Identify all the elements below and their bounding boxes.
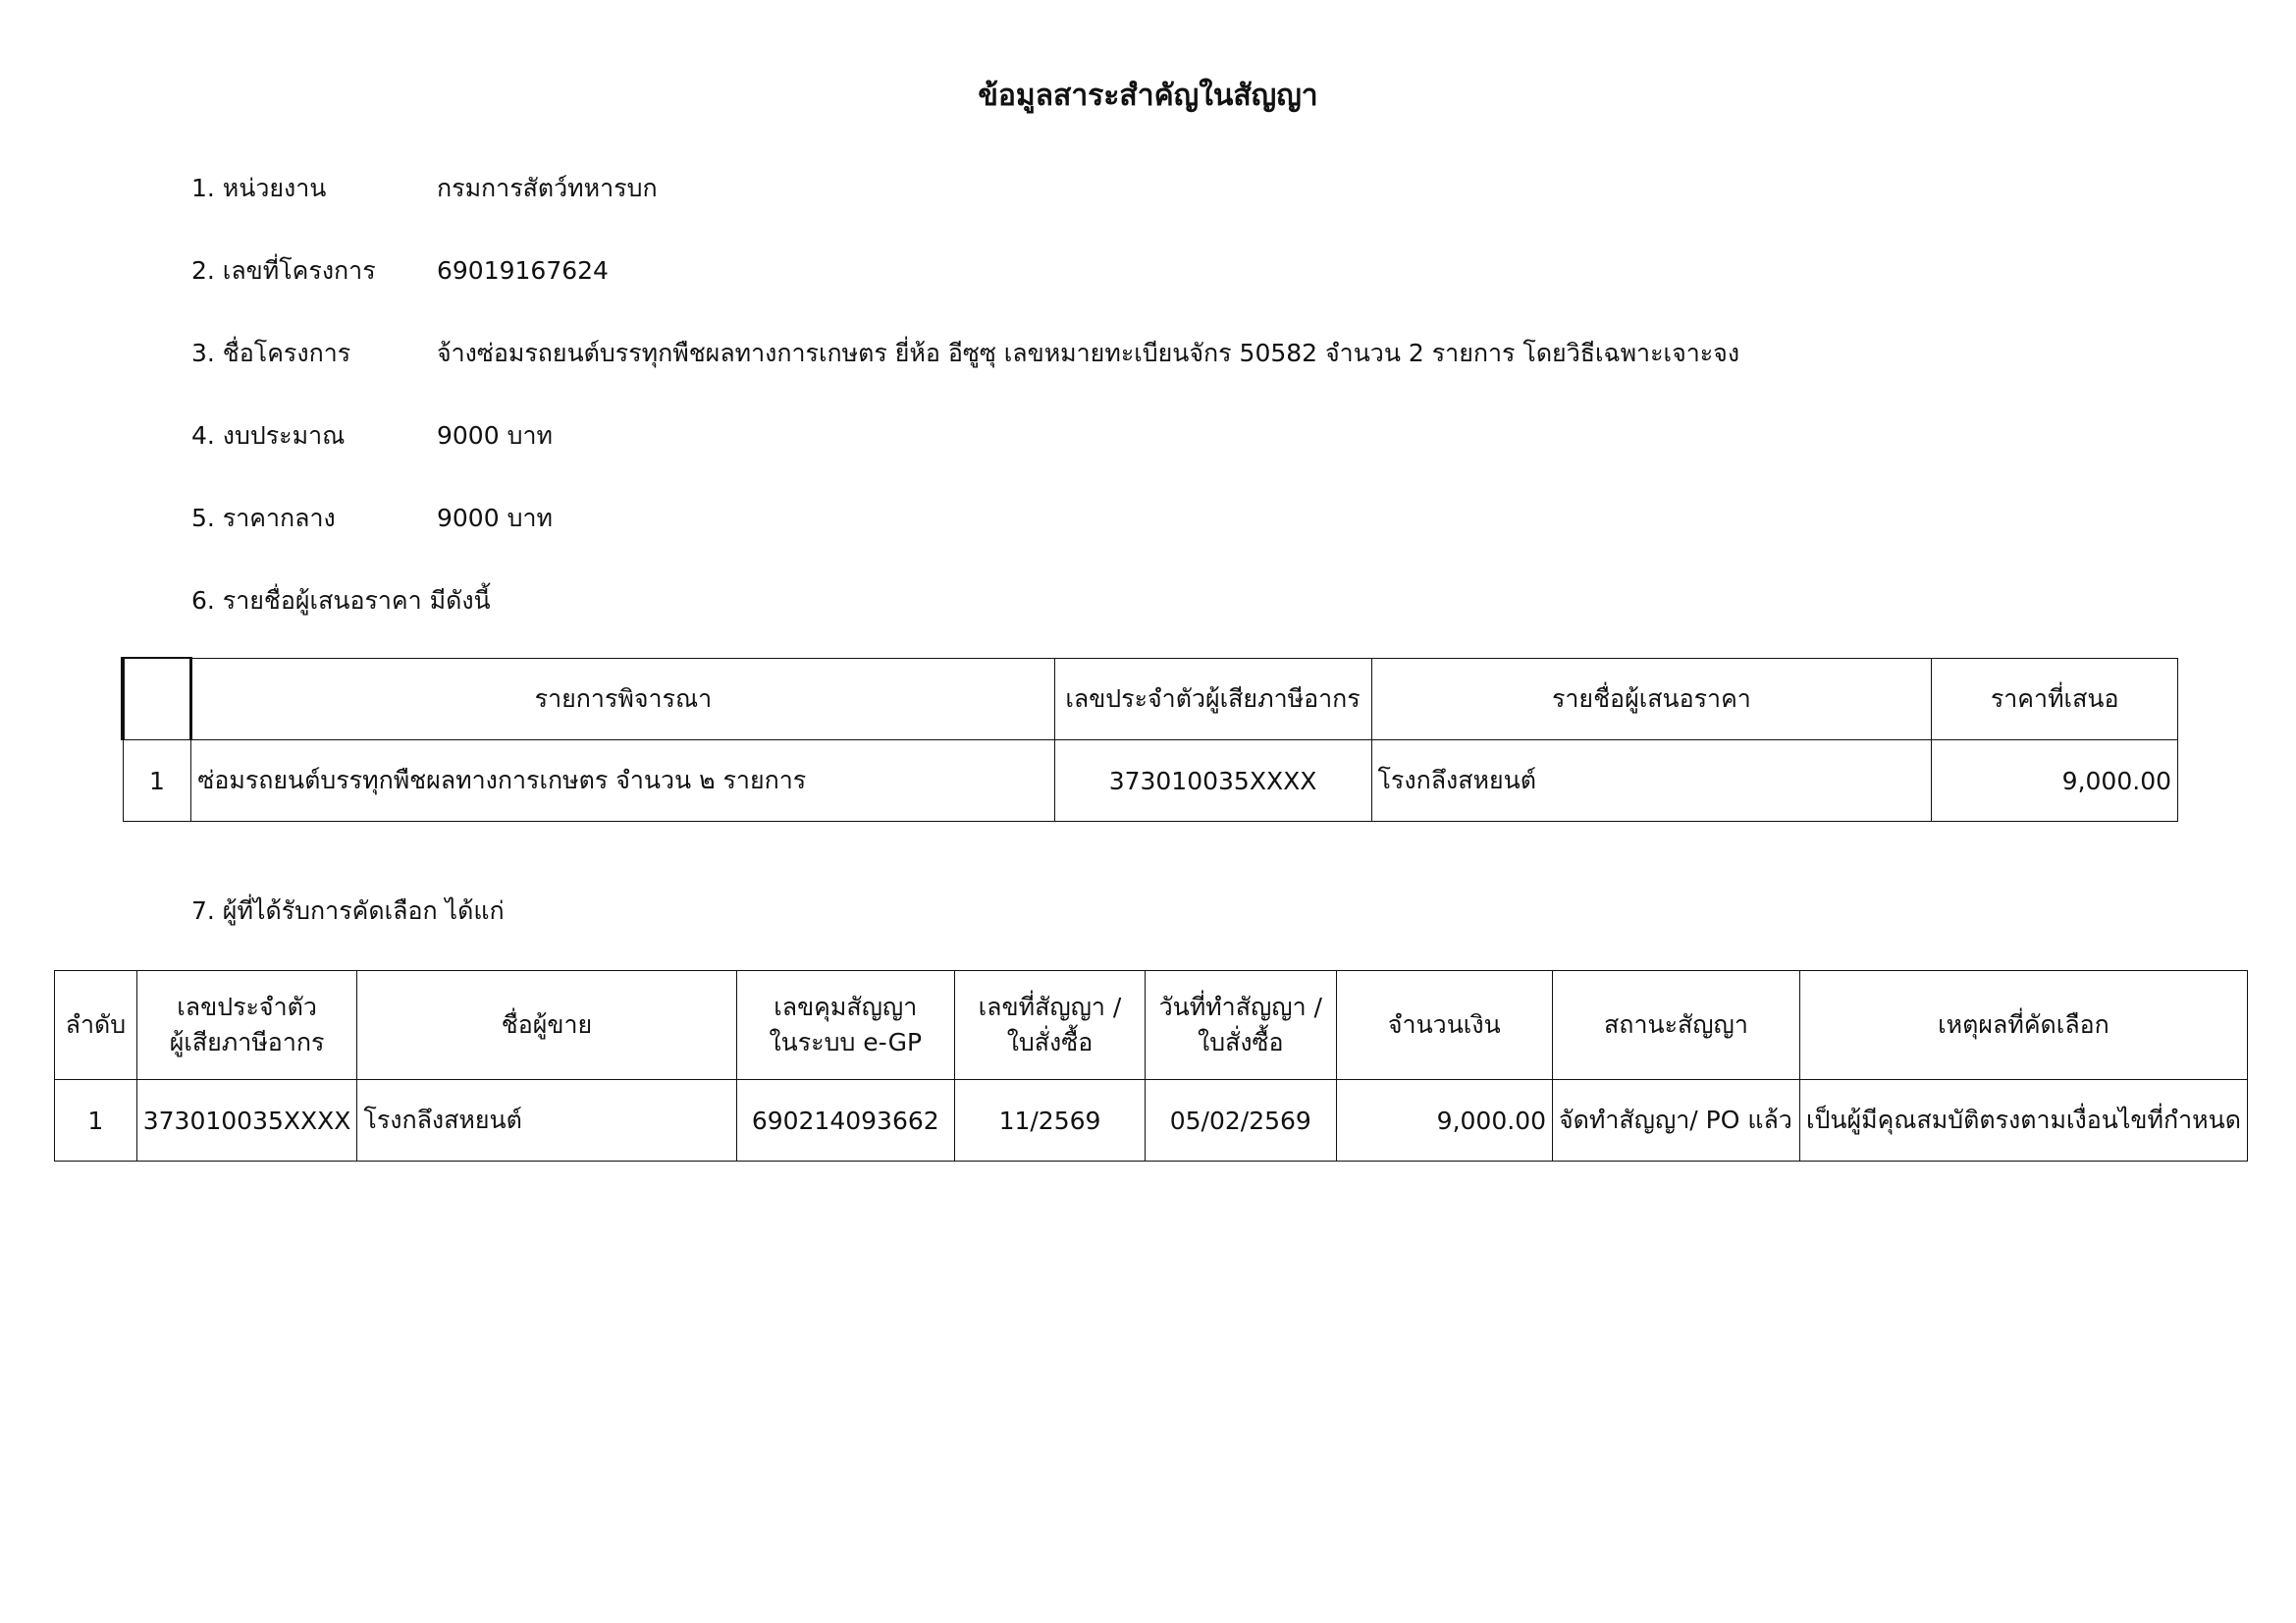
col-header-index — [123, 658, 191, 740]
item-label: 4. งบประมาณ — [191, 416, 345, 456]
cell-tax-id: 373010035XXXX — [1054, 740, 1371, 822]
selected-heading: 7. ผู้ที่ได้รับการคัดเลือก ได้แก่ — [191, 892, 505, 931]
col-header-bidder: รายชื่อผู้เสนอราคา — [1371, 658, 1932, 740]
item-label: 3. ชื่อโครงการ — [191, 334, 350, 373]
cell-index: 1 — [123, 740, 191, 822]
col-header-seller: ชื่อผู้ขาย — [357, 971, 736, 1080]
table-header-row: รายการพิจารณา เลขประจำตัวผู้เสียภาษีอากร… — [123, 658, 2178, 740]
cell-contract-number: 11/2569 — [954, 1080, 1145, 1162]
col-header-price: ราคาที่เสนอ — [1932, 658, 2178, 740]
item-label: 1. หน่วยงาน — [191, 169, 326, 208]
item-value: 69019167624 — [437, 251, 609, 291]
col-header-contract-date: วันที่ทำสัญญา /ใบสั่งซื้อ — [1146, 971, 1337, 1080]
item-value: 9000 บาท — [437, 416, 553, 456]
col-header-tax-id: เลขประจำตัวผู้เสียภาษีอากร — [136, 971, 357, 1080]
col-header-reason: เหตุผลที่คัดเลือก — [1799, 971, 2247, 1080]
item-label: 2. เลขที่โครงการ — [191, 251, 376, 291]
item-value: จ้างซ่อมรถยนต์บรรทุกพืชผลทางการเกษตร ยี่… — [437, 334, 1739, 373]
cell-bidder: โรงกลึงสหยนต์ — [1371, 740, 1932, 822]
cell-contract-date: 05/02/2569 — [1146, 1080, 1337, 1162]
table-row: 1 ซ่อมรถยนต์บรรทุกพืชผลทางการเกษตร จำนวน… — [123, 740, 2178, 822]
item-value: กรมการสัตว์ทหารบก — [437, 169, 658, 208]
cell-reason: เป็นผู้มีคุณสมบัติตรงตามเงื่อนไขที่กำหนด — [1799, 1080, 2247, 1162]
cell-seller: โรงกลึงสหยนต์ — [357, 1080, 736, 1162]
cell-status: จัดทำสัญญา/ PO แล้ว — [1553, 1080, 1800, 1162]
col-header-order: ลำดับ — [55, 971, 137, 1080]
col-header-egp-number: เลขคุมสัญญาในระบบ e-GP — [736, 971, 954, 1080]
col-header-contract-number: เลขที่สัญญา /ใบสั่งซื้อ — [954, 971, 1145, 1080]
table-row: 1 373010035XXXX โรงกลึงสหยนต์ 6902140936… — [55, 1080, 2248, 1162]
col-header-status: สถานะสัญญา — [1553, 971, 1800, 1080]
selected-table: ลำดับ เลขประจำตัวผู้เสียภาษีอากร ชื่อผู้… — [54, 970, 2248, 1162]
document-title: ข้อมูลสาระสำคัญในสัญญา — [0, 73, 2296, 119]
item-label: 5. ราคากลาง — [191, 499, 336, 538]
cell-order: 1 — [55, 1080, 137, 1162]
bidders-table: รายการพิจารณา เลขประจำตัวผู้เสียภาษีอากร… — [121, 657, 2178, 822]
cell-price: 9,000.00 — [1932, 740, 2178, 822]
bidders-heading: 6. รายชื่อผู้เสนอราคา มีดังนี้ — [191, 581, 491, 621]
table-header-row: ลำดับ เลขประจำตัวผู้เสียภาษีอากร ชื่อผู้… — [55, 971, 2248, 1080]
cell-item: ซ่อมรถยนต์บรรทุกพืชผลทางการเกษตร จำนวน ๒… — [191, 740, 1054, 822]
col-header-tax-id: เลขประจำตัวผู้เสียภาษีอากร — [1054, 658, 1371, 740]
cell-tax-id: 373010035XXXX — [136, 1080, 357, 1162]
item-value: 9000 บาท — [437, 499, 553, 538]
col-header-amount: จำนวนเงิน — [1336, 971, 1552, 1080]
cell-amount: 9,000.00 — [1336, 1080, 1552, 1162]
cell-egp-number: 690214093662 — [736, 1080, 954, 1162]
col-header-item: รายการพิจารณา — [191, 658, 1054, 740]
